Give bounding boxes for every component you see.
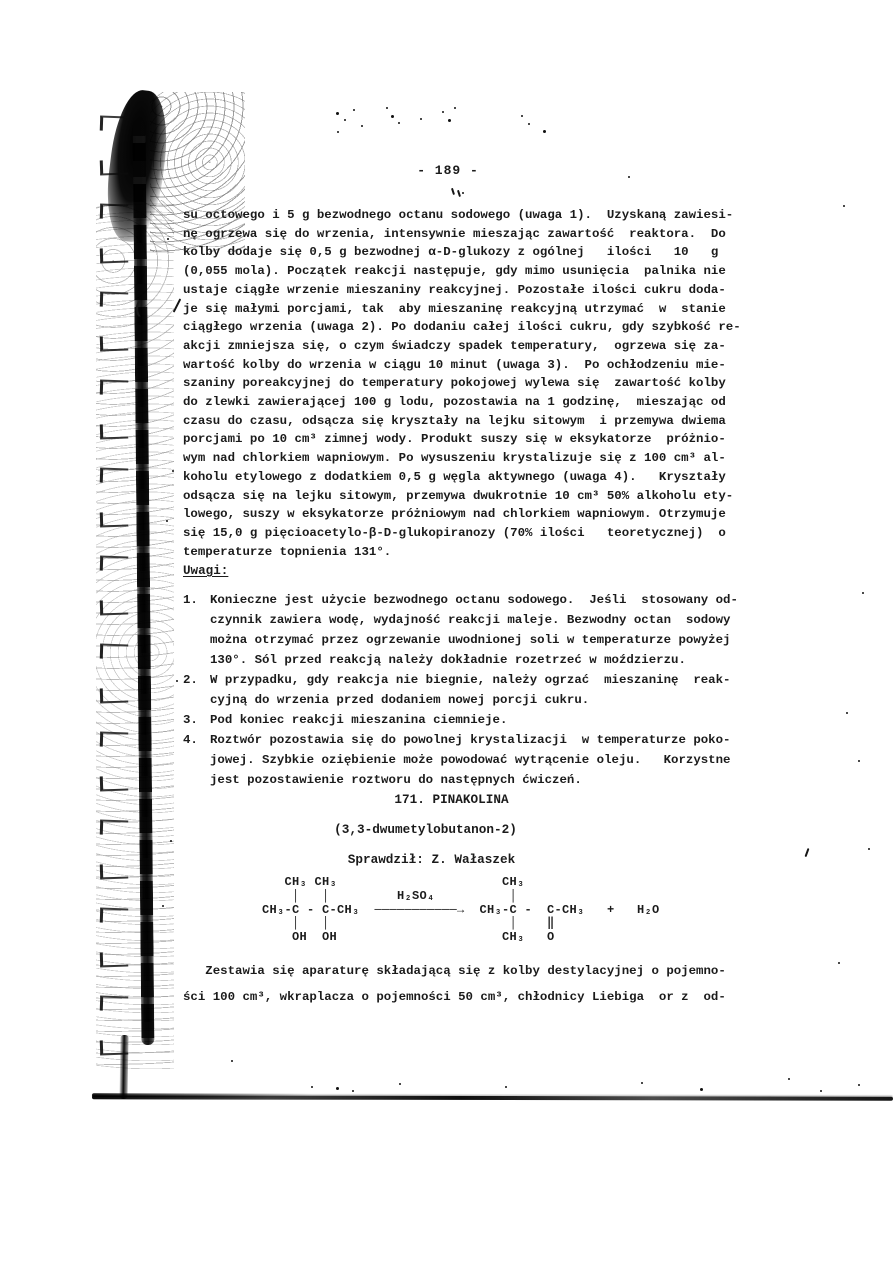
note-text: Roztwór pozostawia się do powolnej kryst… (210, 730, 731, 790)
procedure-paragraph: su octowego i 5 g bezwodnego octanu sodo… (183, 206, 741, 561)
stray-mark-paren: ( (133, 300, 143, 319)
note-number: 2. (183, 670, 210, 690)
note-number: 4. (183, 730, 210, 750)
section-checked-by: Sprawdził: Z. Wałaszek (159, 852, 704, 867)
apparatus-paragraph: Zestawia się aparaturę składającą się z … (183, 958, 726, 1010)
note-text: Pod koniec reakcji mieszanina ciemnieje. (210, 710, 507, 730)
chemical-equation: CH₃ CH₃ CH₃ │ │ H₂SO₄ │CH₃-C - C-CH₃ ───… (262, 876, 660, 945)
section-subtitle: (3,3-dwumetylobutanon-2) (153, 822, 698, 837)
scan-bottom-edge (92, 1095, 893, 1100)
notes-heading: Uwagi: (183, 564, 228, 578)
note-text: Konieczne jest użycie bezwodnego octanu … (210, 590, 738, 670)
stray-mark (457, 190, 461, 197)
section-title: 171. PINAKOLINA (179, 792, 724, 807)
note-text: W przypadku, gdy reakcja nie biegnie, na… (210, 670, 731, 710)
scan-binding-band (133, 120, 155, 1045)
stray-mark (451, 188, 455, 195)
scan-noise (96, 200, 174, 1070)
note-item: 4. Roztwór pozostawia się do powolnej kr… (183, 730, 738, 790)
section-heading-block: 171. PINAKOLINA (3,3-dwumetylobutanon-2)… (183, 792, 728, 867)
note-number: 3. (183, 710, 210, 730)
notes-list: 1. Konieczne jest użycie bezwodnego octa… (183, 590, 738, 790)
page-number: - 189 - (388, 163, 508, 178)
note-item: 1. Konieczne jest użycie bezwodnego octa… (183, 590, 738, 670)
stray-mark-backslash (173, 298, 182, 312)
stray-mark (805, 848, 810, 857)
note-item: 3. Pod koniec reakcji mieszanina ciemnie… (183, 710, 738, 730)
note-number: 1. (183, 590, 210, 610)
scanned-document-page: ( - 189 - su octowego i 5 g bezwodnego o… (0, 0, 893, 1263)
note-item: 2. W przypadku, gdy reakcja nie biegnie,… (183, 670, 738, 710)
